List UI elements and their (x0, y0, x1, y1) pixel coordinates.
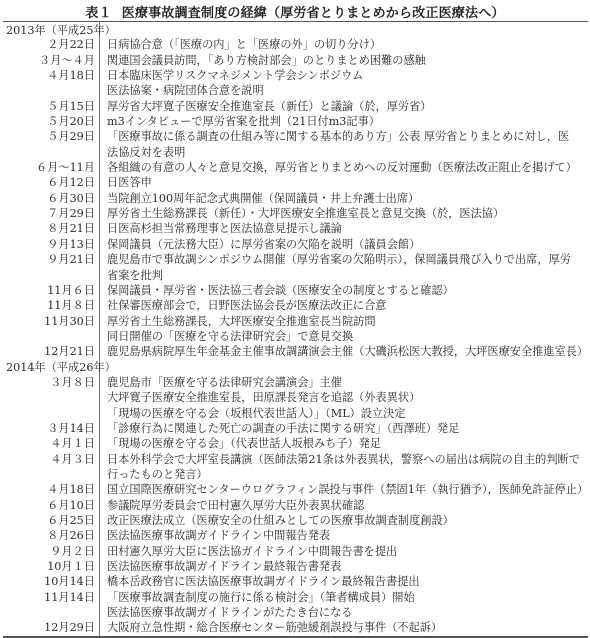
table-row: ８月21日日医高杉担当常務理事と医法協意見提示し議論 (3, 221, 588, 236)
date-cell: ３月～４月 (3, 53, 100, 68)
event-cell: 日本外科学会で大坪室長講演（医師法第21条は外表異状，警察への届出は病院の自主的… (100, 452, 580, 467)
table-row: 法協反対を表明 (3, 145, 588, 160)
date-cell: ４月３日 (3, 452, 100, 467)
date-cell: ４月１日 (3, 436, 100, 451)
event-cell: 改正医療法成立（医療安全の仕組みとしての医療事故調査制度創設） (100, 513, 454, 528)
event-cell: 日本臨床医学リスクマネジメント学会シンポジウム (100, 68, 363, 83)
date-cell (3, 390, 100, 405)
table-row: 10月14日橋本岳政務官に医法協医療事故調ガイドライン最終報告書提出 (3, 574, 588, 587)
event-cell: 社保審医療部会で，日野医法協会長が医療法改正に合意 (100, 298, 386, 313)
date-cell: 11月６日 (3, 283, 100, 298)
table-row: 大坪寛子医療安全推進室長，田原課長発言を追認（外表異状） (3, 390, 588, 405)
table-row: ４月１日「現場の医療を守る会」（代表世話人坂根みち子）発足 (3, 436, 588, 451)
table-row: 11月８日社保審医療部会で，日野医法協会長が医療法改正に合意 (3, 298, 588, 313)
date-cell: ６月12日 (3, 175, 100, 190)
date-cell: 11月８日 (3, 298, 100, 313)
table-row: ３月８日鹿児島市「医療を守る法律研究会講演会」主催 (3, 375, 588, 390)
date-cell (3, 329, 100, 344)
table-row: ６月25日改正医療法成立（医療安全の仕組みとしての医療事故調査制度創設） (3, 513, 588, 528)
table-row: ５月20日m3インタビューで厚労省案を批判（21日付m3記事） (3, 114, 588, 129)
date-cell: ３月８日 (3, 375, 100, 390)
table-row: ３月～４月関連国会議員訪問，「あり方検討部会」のとりまとめ困難の感触 (3, 53, 588, 68)
date-cell: ８月26日 (3, 528, 100, 543)
event-cell: 医法協医療事故調ガイドライン中間報告発表 (100, 528, 330, 543)
table-row: 12月21日鹿児島県病院厚生年金基金主催事故調講演会主催（大磯浜松医大教授，大坪… (3, 344, 588, 359)
table-row: ６月12日日医答申 (3, 175, 588, 190)
date-cell: ４月18日 (3, 68, 100, 83)
date-cell: ８月21日 (3, 221, 100, 236)
event-cell: m3インタビューで厚労省案を批判（21日付m3記事） (100, 114, 380, 129)
date-cell: ９月13日 (3, 237, 100, 252)
event-cell: 当院創立100周年記念式典開催（保岡議員・井上弁護士出席） (100, 191, 419, 206)
date-cell: ５月29日 (3, 129, 100, 144)
event-cell: 保岡議員（元法務大臣）に厚労省案の欠陥を説明（議員会館） (100, 237, 420, 252)
event-cell: 保岡議員・厚労省・医法協三者会談（医療安全の制度とすると確認） (100, 283, 454, 298)
event-cell: 橋本岳政務官に医法協医療事故調ガイドライン最終報告書提出 (100, 574, 420, 587)
table-row: 省案を批判 (3, 268, 588, 283)
table-row: ９月２日田村憲久厚労大臣に医法協ガイドライン中間報告書を提出 (3, 544, 588, 559)
event-cell (100, 22, 107, 37)
table-row: 10月１日医法協医療事故調ガイドライン最終報告書発表 (3, 559, 588, 574)
date-cell: 10月１日 (3, 559, 100, 574)
date-cell: ６月25日 (3, 513, 100, 528)
year-label: 2013年（平成25年） (3, 22, 100, 37)
table-row: 11月30日厚労省土生総務課長，大坪医療安全推進室長当院訪問 (3, 314, 588, 329)
table-row: 11月６日保岡議員・厚労省・医法協三者会談（医療安全の制度とすると確認） (3, 283, 588, 298)
date-cell: ６月30日 (3, 191, 100, 206)
date-cell: ３月14日 (3, 421, 100, 436)
table-row: ９月13日保岡議員（元法務大臣）に厚労省案の欠陥を説明（議員会館） (3, 237, 588, 252)
event-cell: 鹿児島市「医療を守る法律研究会講演会」主催 (100, 375, 342, 390)
table-caption: 表１医療事故調査制度の経緯（厚労省とりまとめから改正医療法へ） (0, 2, 590, 21)
table-row: ２月22日日病協合意（「医療の内」と「医療の外」の切り分け） (3, 37, 588, 52)
year-header-row: 2013年（平成25年） (3, 22, 588, 37)
table-row: ４月18日日本臨床医学リスクマネジメント学会シンポジウム (3, 68, 588, 83)
year-header-row: 2014年（平成26年） (3, 360, 588, 375)
date-cell (3, 268, 100, 283)
event-cell: 同日開催の「医療を守る法律研究会」で意見交換 (100, 329, 353, 344)
event-cell: 国立国際医療研究センターウログラフィン誤投与事件（禁固1年（執行猶予），医師免許… (100, 482, 588, 497)
date-cell: 12月21日 (3, 344, 100, 359)
event-cell: 鹿児島市で事故調シンポジウム開催（厚労省案の欠陥明示），保岡議員飛び入りで出席，… (100, 252, 571, 267)
date-cell: ６月10日 (3, 498, 100, 513)
event-cell: 「診療行為に関連した死亡の調査の手法に関する研究」（西澤班）発足 (100, 421, 459, 436)
table-number: 表１ (85, 6, 111, 21)
date-cell: ９月２日 (3, 544, 100, 559)
event-cell: 省案を批判 (100, 268, 163, 283)
event-cell (100, 360, 107, 375)
date-cell: ５月15日 (3, 99, 100, 114)
event-cell: 医法協医療事故調ガイドライン最終報告書発表 (100, 559, 341, 574)
event-cell: 大坪寛子医療安全推進室長，田原課長発言を追認（外表異状） (100, 390, 420, 405)
event-cell: 「医療事故に係る調査の仕組み等に関する基本的あり方」公表 厚労省とりまとめに対し… (100, 129, 569, 144)
table-row: ５月15日厚労省大坪寛子医療安全推進室長（新任）と議論（於，厚労省） (3, 99, 588, 114)
table-row: ６月30日当院創立100周年記念式典開催（保岡議員・井上弁護士出席） (3, 191, 588, 206)
table-row: 同日開催の「医療を守る法律研究会」で意見交換 (3, 329, 588, 344)
date-cell (3, 145, 100, 160)
table-row: 「現場の医療を守る会（坂根代表世話人）」（ML）設立決定 (3, 406, 588, 421)
event-cell: 「現場の医療を守る会」（代表世話人坂根みち子）発足 (100, 436, 381, 451)
event-cell: 「現場の医療を守る会（坂根代表世話人）」（ML）設立決定 (100, 406, 406, 421)
table-row: ８月26日医法協医療事故調ガイドライン中間報告発表 (3, 528, 588, 543)
date-cell: ５月20日 (3, 114, 100, 129)
event-cell: 田村憲久厚労大臣に医法協ガイドライン中間報告書を提出 (100, 544, 397, 559)
event-cell: 参議院厚労委員会で田村憲久厚労大臣外表異状確認 (100, 498, 364, 513)
event-cell: 法協反対を表明 (100, 145, 185, 160)
table-row: 行ったものと発言） (3, 467, 588, 482)
event-cell: 各組織の有意の人々と意見交換，厚労省とりまとめへの反対運動（医療法改正阻止を掲げ… (100, 160, 577, 175)
event-cell: 日医答申 (100, 175, 152, 190)
table-row: ７月29日厚労省土生総務課長（新任）・大坪医療安全推進室長と意見交換（於，医法協… (3, 206, 588, 221)
event-cell: 厚労省土生総務課長，大坪医療安全推進室長当院訪問 (100, 314, 376, 329)
table-row: ５月29日「医療事故に係る調査の仕組み等に関する基本的あり方」公表 厚労省とりま… (3, 129, 588, 144)
date-cell: ９月21日 (3, 252, 100, 267)
event-cell: 厚労省土生総務課長（新任）・大坪医療安全推進室長と意見交換（於，医法協） (100, 206, 504, 221)
table-row: ６月～11月各組織の有意の人々と意見交換，厚労省とりまとめへの反対運動（医療法改… (3, 160, 588, 175)
event-cell: 鹿児島県病院厚生年金基金主催事故調講演会主催（大磯浜松医大教授，大坪医療安全推進… (100, 344, 588, 359)
table-row: ３月14日「診療行為に関連した死亡の調査の手法に関する研究」（西澤班）発足 (3, 421, 588, 436)
event-cell: 厚労省大坪寛子医療安全推進室長（新任）と議論（於，厚労省） (100, 99, 431, 114)
date-cell: ７月29日 (3, 206, 100, 221)
table-title: 医療事故調査制度の経緯（厚労省とりまとめから改正医療法へ） (122, 6, 505, 21)
event-cell: 日病協合意（「医療の内」と「医療の外」の切り分け） (100, 37, 381, 52)
event-cell: 行ったものと発言） (100, 467, 208, 482)
date-cell (3, 406, 100, 421)
date-cell: 10月14日 (3, 574, 100, 587)
table-row: 医法協案・病院団体合意を説明 (3, 83, 588, 98)
table-row: ４月３日日本外科学会で大坪室長講演（医師法第21条は外表異状，警察への届出は病院… (3, 452, 588, 467)
table-row: ６月10日参議院厚労委員会で田村憲久厚労大臣外表異状確認 (3, 498, 588, 513)
event-cell: 関連国会議員訪問，「あり方検討部会」のとりまとめ困難の感触 (100, 53, 426, 68)
timeline-table: 2013年（平成25年）２月22日日病協合意（「医療の内」と「医療の外」の切り分… (3, 21, 588, 587)
date-cell (3, 467, 100, 482)
event-cell: 医法協案・病院団体合意を説明 (100, 83, 264, 98)
date-cell: ６月～11月 (3, 160, 100, 175)
table-row: ４月18日国立国際医療研究センターウログラフィン誤投与事件（禁固1年（執行猶予）… (3, 482, 588, 497)
event-cell: 日医高杉担当常務理事と医法協意見提示し議論 (100, 221, 342, 236)
year-label: 2014年（平成26年） (3, 360, 100, 375)
date-cell (3, 83, 100, 98)
date-cell: 11月30日 (3, 314, 100, 329)
date-cell: ４月18日 (3, 482, 100, 497)
date-cell: ２月22日 (3, 37, 100, 52)
table-row: ９月21日鹿児島市で事故調シンポジウム開催（厚労省案の欠陥明示），保岡議員飛び入… (3, 252, 588, 267)
